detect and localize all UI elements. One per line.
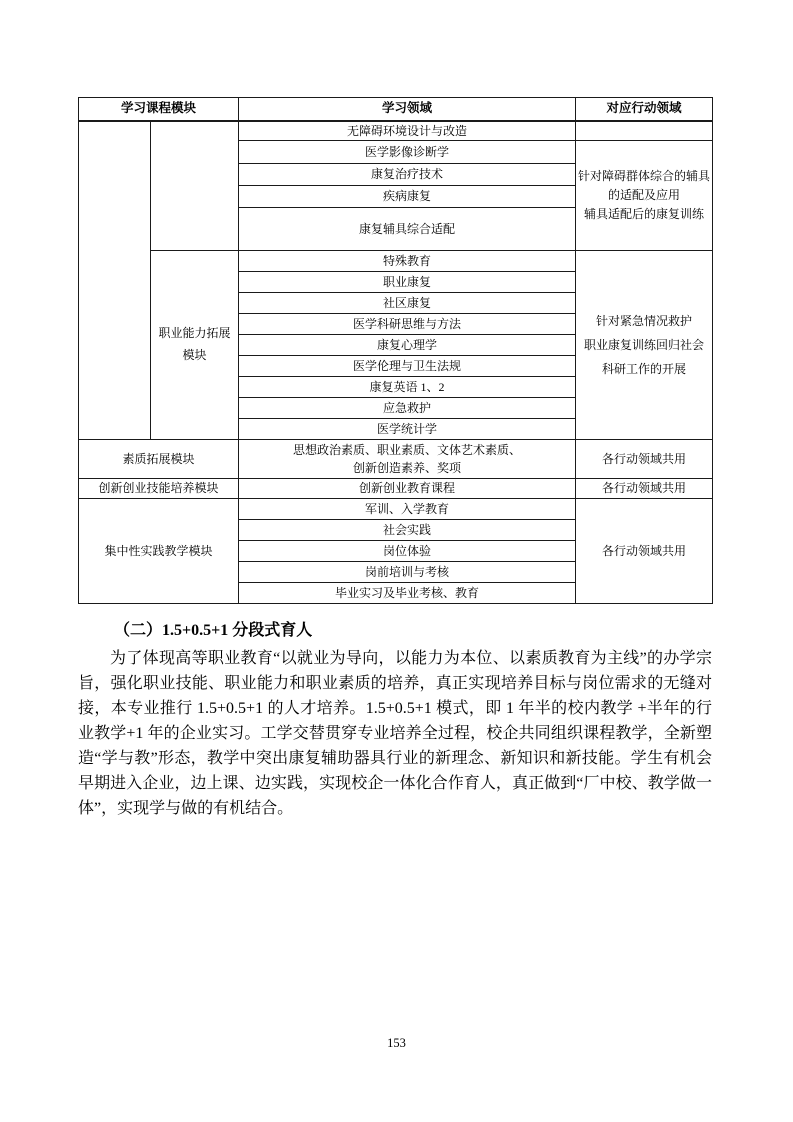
action-line: 针对障碍群体综合的辅具 — [578, 167, 710, 186]
table-row: 素质拓展模块 思想政治素质、职业素质、文体艺术素质、 创新创造素养、奖项 各行动… — [79, 440, 713, 479]
table-row: 职业能力拓展模块 特殊教育 针对紧急情况救护 职业康复训练回归社会 科研工作的开… — [79, 251, 713, 272]
action-line: 科研工作的开展 — [578, 357, 710, 381]
action-cell: 各行动领域共用 — [576, 479, 713, 499]
field-cell: 医学影像诊断学 — [239, 141, 576, 164]
field-cell: 毕业实习及毕业考核、教育 — [239, 583, 576, 604]
field-cell: 应急救护 — [239, 398, 576, 419]
action-line: 的适配及应用 — [578, 186, 710, 205]
field-cell: 岗位体验 — [239, 541, 576, 562]
module-cell-practice-teaching: 集中性实践教学模块 — [79, 499, 239, 604]
course-module-table: 学习课程模块 学习领域 对应行动领域 无障碍环境设计与改造 医学影像诊断学 针对… — [78, 97, 713, 604]
document-page: 学习课程模块 学习领域 对应行动领域 无障碍环境设计与改造 医学影像诊断学 针对… — [0, 0, 793, 1122]
empty-module-inner-cell — [151, 121, 239, 251]
module-cell-vocational-expansion: 职业能力拓展模块 — [151, 251, 239, 440]
field-cell: 社会实践 — [239, 520, 576, 541]
field-cell: 康复心理学 — [239, 335, 576, 356]
module-cell-quality-expansion: 素质拓展模块 — [79, 440, 239, 479]
header-cell-action-field: 对应行动领域 — [576, 98, 713, 121]
field-line: 思想政治素质、职业素质、文体艺术素质、 — [241, 441, 573, 459]
header-cell-course-module: 学习课程模块 — [79, 98, 239, 121]
field-cell: 无障碍环境设计与改造 — [239, 121, 576, 141]
field-cell: 康复治疗技术 — [239, 164, 576, 186]
table-row: 集中性实践教学模块 军训、入学教育 各行动领域共用 — [79, 499, 713, 520]
field-cell: 医学科研思维与方法 — [239, 314, 576, 335]
field-cell: 创新创业教育课程 — [239, 479, 576, 499]
action-cell-group3: 各行动领域共用 — [576, 499, 713, 604]
action-line: 职业康复训练回归社会 — [578, 333, 710, 357]
action-line: 针对紧急情况救护 — [578, 309, 710, 333]
page-number: 153 — [0, 1036, 793, 1051]
empty-module-outer-cell — [79, 121, 151, 440]
table-header-row: 学习课程模块 学习领域 对应行动领域 — [79, 98, 713, 121]
body-paragraph: 为了体现高等职业教育“以就业为导向，以能力为本位、以素质教育为主线”的办学宗旨，… — [78, 646, 712, 821]
field-cell: 职业康复 — [239, 272, 576, 293]
field-cell: 疾病康复 — [239, 186, 576, 208]
action-cell-group2: 针对紧急情况救护 职业康复训练回归社会 科研工作的开展 — [576, 251, 713, 440]
empty-action-cell — [576, 121, 713, 141]
action-cell: 各行动领域共用 — [576, 440, 713, 479]
action-cell-group1: 针对障碍群体综合的辅具 的适配及应用 辅具适配后的康复训练 — [576, 141, 713, 251]
module-cell-innovation: 创新创业技能培养模块 — [79, 479, 239, 499]
field-cell: 康复英语 1、2 — [239, 377, 576, 398]
field-cell: 军训、入学教育 — [239, 499, 576, 520]
field-line: 创新创造素养、奖项 — [241, 459, 573, 477]
header-cell-learning-field: 学习领域 — [239, 98, 576, 121]
section-heading: （二）1.5+0.5+1 分段式育人 — [78, 618, 712, 643]
field-cell: 康复辅具综合适配 — [239, 208, 576, 251]
field-cell: 岗前培训与考核 — [239, 562, 576, 583]
table-row: 创新创业技能培养模块 创新创业教育课程 各行动领域共用 — [79, 479, 713, 499]
field-cell: 医学统计学 — [239, 419, 576, 440]
field-cell: 思想政治素质、职业素质、文体艺术素质、 创新创造素养、奖项 — [239, 440, 576, 479]
page-content: 学习课程模块 学习领域 对应行动领域 无障碍环境设计与改造 医学影像诊断学 针对… — [78, 97, 712, 821]
table-row: 无障碍环境设计与改造 — [79, 121, 713, 141]
field-cell: 特殊教育 — [239, 251, 576, 272]
field-cell: 社区康复 — [239, 293, 576, 314]
action-line: 辅具适配后的康复训练 — [578, 205, 710, 224]
field-cell: 医学伦理与卫生法规 — [239, 356, 576, 377]
